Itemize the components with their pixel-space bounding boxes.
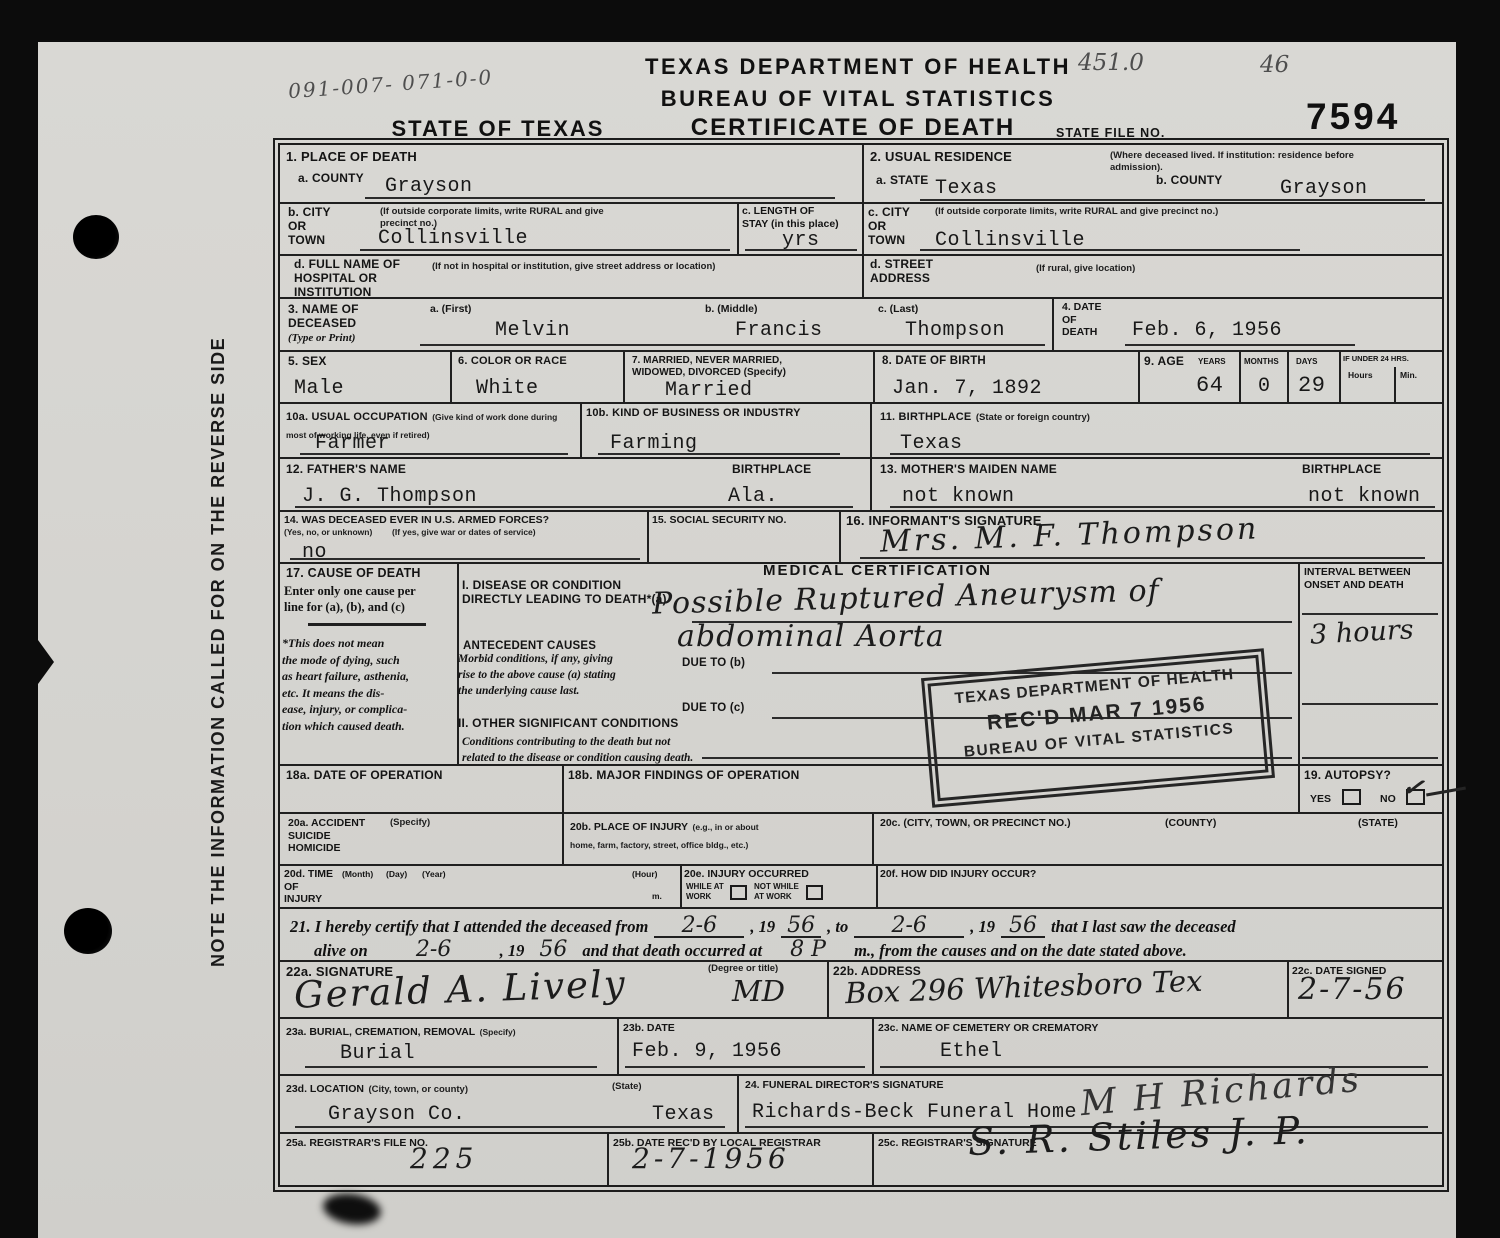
field-6-value: White [476,379,539,399]
field-24-label: 24. FUNERAL DIRECTOR'S SIGNATURE [745,1079,944,1092]
writing-line [745,249,857,251]
field-7-label: 7. MARRIED, NEVER MARRIED, WIDOWED, DIVO… [632,355,786,379]
field-9-days-value: 29 [1298,375,1325,397]
writing-line [305,1066,597,1068]
field-11-value: Texas [900,434,963,454]
certify-text: 21. I hereby certify that I attended the… [290,917,648,936]
while-at-work-checkbox [730,885,747,900]
field-18b-label: 18b. MAJOR FINDINGS OF OPERATION [568,769,800,783]
field-9-years-label: YEARS [1198,357,1226,367]
writing-line [365,197,835,199]
field-14-note1: (Yes, no, or unknown) [284,527,372,538]
rule [607,1132,609,1185]
autopsy-yes-checkbox [1342,789,1361,805]
stamp-recd: REC'D [986,705,1062,734]
certify-text: , 19 [970,917,995,936]
field-1b-value: Collinsville [378,229,528,249]
field-1d-note: (If not in hospital or institution, give… [432,261,852,273]
writing-line [920,199,1425,201]
field-14-label: 14. WAS DECEASED EVER IN U.S. ARMED FORC… [284,514,549,527]
field-10b-value: Farming [610,434,698,454]
field-4-label: 4. DATE OF DEATH [1062,301,1101,339]
field-1a-value: Grayson [385,177,473,197]
interval-label: INTERVAL BETWEEN ONSET AND DEATH [1304,566,1411,591]
certificate-form: 1. PLACE OF DEATH a. COUNTY Grayson b. C… [278,143,1444,1187]
field-2a-label: a. STATE [876,174,929,188]
writing-line [920,249,1300,251]
certify-blank: 2-6 [654,913,744,938]
field-20f-label: 20f. HOW DID INJURY OCCUR? [880,868,1036,881]
field-20d-year-label: (Year) [422,869,446,879]
field-2a-value: Texas [935,179,998,199]
date-recd-value: 2-7-1956 [632,1145,790,1173]
field-3c-label: c. (Last) [878,303,918,316]
rule [617,1017,619,1074]
registrar-signature: S. R. Stiles J. P. [967,1111,1310,1161]
field-15-label: 15. SOCIAL SECURITY NO. [652,514,786,527]
field-18a-label: 18a. DATE OF OPERATION [286,769,443,783]
certify-handwriting: 2-6 [891,913,926,938]
field-12-birthplace-label: BIRTHPLACE [732,463,811,477]
field-23d-value-state: Texas [652,1105,715,1125]
field-23b-label: 23b. DATE [623,1022,675,1035]
field-20b-label: 20b. PLACE OF INJURY [570,821,688,833]
field-23d-labels: 23d. LOCATION (City, town, or county) [286,1079,468,1097]
stamp-date: MAR 7 1956 [1068,693,1207,728]
certify-blank: 8 P [768,937,848,962]
field-25a-label: 25a. REGISTRAR'S FILE NO. [286,1137,428,1150]
state-file-number: 7594 [1306,96,1400,138]
field-17-note2: *This does not mean the mode of dying, s… [282,635,409,734]
scan-smudge-artifact [321,1190,383,1228]
rule [1394,367,1396,402]
writing-line [420,344,1045,346]
writing-line [290,558,640,560]
field-2-title: 2. USUAL RESIDENCE [870,150,1012,165]
field-14-value: no [302,543,327,563]
field-2d-label: d. STREET ADDRESS [870,258,933,286]
rule [280,510,1442,512]
field-9-under24-label: IF UNDER 24 HRS. [1343,354,1439,363]
rule [876,864,878,907]
field-9-label: 9. AGE [1144,355,1184,369]
field-3a-value: Melvin [495,321,570,341]
field-9-months-value: 0 [1258,377,1271,397]
morbid-conditions-note: Morbid conditions, if any, giving rise t… [458,652,616,700]
not-while-at-work-checkbox [806,885,823,900]
field-10a-label: 10a. USUAL OCCUPATION [286,411,428,423]
field-8-label: 8. DATE OF BIRTH [882,355,986,368]
certify-text: m., from the causes and on the date stat… [854,941,1187,960]
field-20c-county-label: (COUNTY) [1165,817,1216,830]
field-20d-day-label: (Day) [386,869,407,879]
date-signed-value: 2-7-56 [1298,975,1407,1005]
writing-line [295,506,853,508]
field-8-value: Jan. 7, 1892 [892,379,1042,399]
rule [737,202,739,254]
field-17-note1: Enter only one cause per line for (a), (… [284,583,416,616]
field-20d-label: 20d. TIME OF INJURY [284,868,333,906]
field-4-value: Feb. 6, 1956 [1132,321,1282,341]
header-certificate-title: CERTIFICATE OF DEATH [688,114,1018,142]
certify-blank: 56 [1001,913,1045,938]
field-13-label: 13. MOTHER'S MAIDEN NAME [880,463,1057,477]
rule [872,1132,874,1185]
field-2-note: (Where deceased lived. If institution: r… [1110,150,1440,175]
field-20e-label: 20e. INJURY OCCURRED [684,868,809,881]
certify-handwriting: 56 [539,937,567,962]
rule [1239,350,1241,402]
field-9-min-label: Min. [1400,370,1417,380]
rule [737,1074,739,1132]
certify-handwriting: 2-6 [416,937,451,962]
field-1c-value: yrs [782,231,820,251]
certify-text: and that death occurred at [582,941,762,960]
field-3b-value: Francis [735,321,823,341]
rule [1287,350,1289,402]
hole-punch-top [73,215,119,259]
rule [1339,350,1341,402]
rule [580,402,582,457]
writing-line [860,557,1425,559]
rule [862,145,864,297]
pencil-annotation-code: 091-007- 071-0-0 [287,65,494,103]
other-conditions-note: Conditions contributing to the death but… [462,735,693,767]
rule [870,402,872,510]
certify-line-1: 21. I hereby certify that I attended the… [290,913,1236,938]
field-23d-label: 23d. LOCATION [286,1083,364,1095]
field-5-value: Male [294,379,344,399]
hole-punch-bottom [64,908,112,954]
cause-of-death-line-a: Possible Ruptured Aneurysm of [652,576,1160,619]
field-13-value: not known [902,487,1015,507]
rule [1298,562,1300,812]
writing-line [1302,757,1438,759]
field-2b-label: b. COUNTY [1156,174,1222,188]
certify-text: , to [827,917,848,936]
cause-of-death-line-a2: abdominal Aorta [677,622,945,652]
writing-line [1302,703,1438,705]
field-20d-month-label: (Month) [342,869,373,879]
rule [450,350,452,402]
writing-line [598,453,840,455]
rule [873,350,875,402]
field-1b-label: b. CITY OR TOWN [288,206,331,247]
field-5-label: 5. SEX [288,355,327,369]
autopsy-check-stroke [1426,787,1466,797]
field-20c-label: 20c. (CITY, TOWN, OR PRECINCT NO.) [880,817,1071,830]
field-2c-label: c. CITY OR TOWN [868,206,910,247]
rule [872,812,874,864]
field-3a-label: a. (First) [430,303,471,316]
rule [280,202,1442,204]
reverse-side-margin-note: NOTE THE INFORMATION CALLED FOR ON THE R… [208,292,229,1012]
field-9-months-label: MONTHS [1244,357,1279,367]
certify-handwriting: 56 [1009,913,1037,938]
due-to-c-label: DUE TO (c) [682,702,745,715]
writing-line [1125,344,1355,346]
field-3-note: (Type or Print) [288,331,355,346]
field-20b-labels: 20b. PLACE OF INJURY (e.g., in or about … [570,817,866,853]
paper: NOTE THE INFORMATION CALLED FOR ON THE R… [38,42,1456,1238]
field-7-value: Married [665,381,753,401]
certify-blank: 2-6 [854,913,964,938]
rule [280,907,1442,909]
field-11-note: (State or foreign country) [976,412,1090,423]
received-stamp: TEXAS DEPARTMENT OF HEALTH REC'D MAR 7 1… [927,655,1268,801]
field-20c-state-label: (STATE) [1358,817,1398,830]
state-file-no-label: STATE FILE NO. [1056,126,1165,140]
field-23a-value: Burial [340,1044,415,1064]
rule [839,510,841,562]
field-10a-value: Farmer [315,434,390,454]
rule [872,1017,874,1074]
writing-line [1302,613,1438,615]
field-1a-label: a. COUNTY [298,172,364,186]
rule [562,764,564,864]
rule [280,812,1442,814]
registrar-file-no-value: 225 [410,1145,478,1173]
scan-notch-artifact [38,640,54,684]
header-bureau: BUREAU OF VITAL STATISTICS [598,86,1118,112]
medical-certification-title: MEDICAL CERTIFICATION [457,562,1298,579]
rule [1052,297,1054,350]
field-20a-note: (Specify) [390,817,430,829]
certify-text: alive on [314,941,368,960]
field-2d-note: (If rural, give location) [1036,263,1135,275]
field-1d-label: d. FULL NAME OF HOSPITAL OR INSTITUTION [294,258,400,299]
pencil-annotation-451: 451.0 [1078,50,1144,76]
rule [680,864,682,907]
field-14-note2: (If yes, give war or dates of service) [392,527,536,538]
field-23a-label: 23a. BURIAL, CREMATION, REMOVAL [286,1026,475,1038]
certify-blank: 56 [530,937,576,962]
field-23d-value-location: Grayson Co. [328,1105,466,1125]
other-significant-conditions-label: II. OTHER SIGNIFICANT CONDITIONS [458,717,678,731]
pencil-annotation-46: 46 [1260,52,1289,78]
certify-text: , 19 [500,941,525,960]
field-23c-label: 23c. NAME OF CEMETERY OR CREMATORY [878,1022,1098,1035]
rule [280,297,1442,299]
certify-handwriting: 2-6 [682,913,717,938]
field-3b-label: b. (Middle) [705,303,758,316]
field-2c-note: (If outside corporate limits, write RURA… [935,206,1335,218]
rule [280,402,1442,404]
certify-blank: 2-6 [374,937,494,962]
rule [280,1017,1442,1019]
certify-line-2: alive on2-6, 1956and that death occurred… [314,937,1187,962]
field-23a-note: (Specify) [480,1027,516,1037]
header-state-of-texas: STATE OF TEXAS [378,116,618,142]
writing-line [300,453,568,455]
field-2c-value: Collinsville [935,231,1085,251]
certify-blank: 56 [781,913,821,938]
field-9-years-value: 64 [1196,375,1223,397]
rule [280,350,1442,352]
field-3-title: 3. NAME OF DECEASED [288,303,359,331]
field-13-birthplace-value: not known [1308,487,1421,507]
field-23d-state-note: (State) [612,1081,642,1093]
rule [623,350,625,402]
field-1c-label: c. LENGTH OF STAY (in this place) [742,205,860,230]
interval-value: 3 hours [1309,616,1414,648]
physician-degree: MD [732,977,785,1006]
field-20e-notwhile-label: NOT WHILE AT WORK [754,882,799,901]
certify-handwriting: 8 P [790,937,826,962]
field-23c-value: Ethel [940,1042,1003,1062]
physician-signature: Gerald A. Lively [293,965,627,1014]
field-23a-labels: 23a. BURIAL, CREMATION, REMOVAL (Specify… [286,1022,614,1040]
rule [280,457,1442,459]
rule [280,864,1442,866]
header-department: TEXAS DEPARTMENT OF HEALTH [598,54,1118,80]
field-23d-note: (City, town, or county) [368,1084,468,1095]
writing-line [890,453,1430,455]
field-12-label: 12. FATHER'S NAME [286,463,406,477]
field-17-title: 17. CAUSE OF DEATH [286,566,421,580]
autopsy-no-label: NO [1380,793,1396,806]
writing-line [890,506,1435,508]
field-11-label: 11. BIRTHPLACE [880,411,971,423]
rule [1138,350,1140,402]
certify-handwriting: 56 [787,913,815,938]
writing-line [295,1126,725,1128]
scanned-death-certificate: NOTE THE INFORMATION CALLED FOR ON THE R… [0,0,1500,1238]
writing-line [625,1066,865,1068]
autopsy-no-checkmark: ✓ [1400,772,1426,805]
field-11-labels: 11. BIRTHPLACE (State or foreign country… [880,407,1420,425]
field-20a-label: 20a. ACCIDENT SUICIDE HOMICIDE [288,817,365,855]
rule [827,960,829,1017]
field-19-label: 19. AUTOPSY? [1304,769,1391,783]
field-2b-value: Grayson [1280,179,1368,199]
field-10b-label: 10b. KIND OF BUSINESS OR INDUSTRY [586,407,866,420]
disease-condition-label: I. DISEASE OR CONDITION DIRECTLY LEADING… [462,579,667,607]
field-20d-m-label: m. [652,891,662,901]
field-9-hours-label: Hours [1348,370,1373,380]
autopsy-yes-label: YES [1310,793,1331,806]
rule [308,623,426,626]
field-23b-value: Feb. 9, 1956 [632,1042,782,1062]
rule [280,254,1442,256]
field-1-title: 1. PLACE OF DEATH [286,150,417,165]
writing-line [360,249,730,251]
due-to-b-label: DUE TO (b) [682,657,745,670]
rule [1287,960,1289,1017]
field-12-birthplace-value: Ala. [728,487,778,507]
certify-text: , 19 [750,917,775,936]
field-9-days-label: DAYS [1296,357,1318,367]
field-12-value: J. G. Thompson [302,487,477,507]
rule [647,510,649,562]
field-3c-value: Thompson [905,321,1005,341]
field-6-label: 6. COLOR OR RACE [458,355,567,368]
field-20d-hour-label: (Hour) [632,869,658,879]
field-13-birthplace-label: BIRTHPLACE [1302,463,1381,477]
field-20e-while-label: WHILE AT WORK [686,882,724,901]
certify-text: that I last saw the deceased [1051,917,1236,936]
